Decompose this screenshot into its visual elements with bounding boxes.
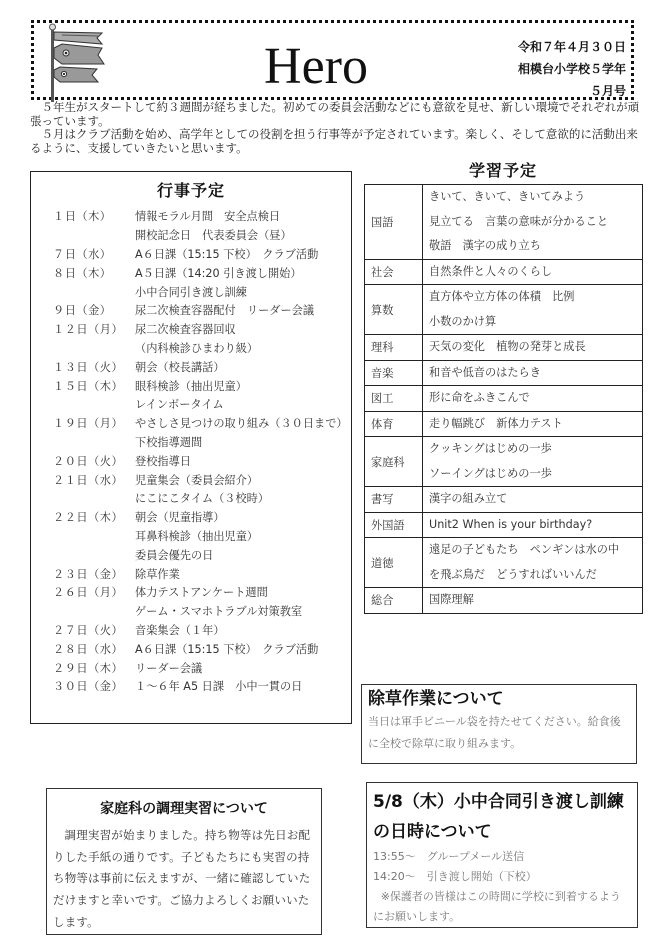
pickup-drill-title: 5/8（木）小中合同引き渡し訓練の日時について: [373, 787, 631, 847]
event-text: A６日課（15:15 下校） クラブ活動: [135, 641, 349, 657]
school-name: 相模台小学校５学年: [518, 58, 626, 80]
event-row: （内科検診ひまわり級）: [53, 339, 349, 358]
event-text: レインボータイム: [135, 396, 349, 412]
study-content: 走り幅跳び 新体力テスト: [423, 411, 643, 437]
event-row: ２７日（火）音楽集会（１年）: [53, 621, 349, 640]
study-subject: 総合: [365, 588, 423, 614]
study-content: 遠足の子どもたち ペンギンは水の中を飛ぶ鳥だ どうすればいいんだ: [423, 538, 643, 588]
event-text: 尿二次検査容器回収: [135, 321, 349, 337]
study-subject: 外国語: [365, 512, 423, 538]
event-row: １５日（木）眼科検診（抽出児童）: [53, 376, 349, 395]
event-row: 下校指導週間: [53, 433, 349, 452]
study-row: 算数直方体や立方体の体積 比例小数のかけ算: [365, 285, 643, 335]
event-text: 除草作業: [135, 566, 349, 582]
event-date: ２６日（月）: [53, 584, 135, 600]
study-title: 学習予定: [364, 158, 642, 181]
event-row: ２０日（火）登校指導日: [53, 451, 349, 470]
event-row: １２日（月）尿二次検査容器回収: [53, 320, 349, 339]
home-ec-notice: 家庭科の調理実習について 調理実習が始まりました。持ち物等は先日お配りした手紙の…: [46, 788, 322, 935]
pickup-drill-notice: 5/8（木）小中合同引き渡し訓練の日時について 13:55～ グループメール送信…: [366, 782, 638, 928]
study-content-line: 漢字の組み立て: [429, 487, 636, 512]
event-row: 委員会優先の日: [53, 545, 349, 564]
study-subject: 道徳: [365, 538, 423, 588]
study-row: 道徳遠足の子どもたち ペンギンは水の中を飛ぶ鳥だ どうすればいいんだ: [365, 538, 643, 588]
weeding-title: 除草作業について: [368, 687, 630, 711]
study-row: 国語きいて、きいて、きいてみよう見立てる 言葉の意味が分かること敬語 漢字の成り…: [365, 185, 643, 260]
event-text: ゲーム・スマホトラブル対策教室: [135, 603, 349, 619]
event-row: 小中合同引き渡し訓練: [53, 282, 349, 301]
events-title: 行事予定: [31, 178, 351, 201]
event-text: 児童集会（委員会紹介）: [135, 472, 349, 488]
study-content-line: Unit2 When is your birthday?: [429, 513, 636, 538]
event-date: ２０日（火）: [53, 453, 135, 469]
study-content: 直方体や立方体の体積 比例小数のかけ算: [423, 285, 643, 335]
event-row: にこにこタイム（３校時）: [53, 489, 349, 508]
study-content-line: きいて、きいて、きいてみよう: [429, 185, 636, 210]
study-subject: 社会: [365, 259, 423, 285]
event-row: ８日（木）A５日課（14:20 引き渡し開始）: [53, 263, 349, 282]
event-date: ２１日（水）: [53, 472, 135, 488]
study-content-line: ソーイングはじめの一歩: [429, 462, 636, 487]
event-row: １３日（火）朝会（校長講話）: [53, 357, 349, 376]
study-content-line: クッキングはじめの一歩: [429, 437, 636, 462]
event-date: １５日（木）: [53, 378, 135, 394]
study-subject: 図工: [365, 386, 423, 412]
event-row: レインボータイム: [53, 395, 349, 414]
event-text: 朝会（児童指導）: [135, 509, 349, 525]
event-row: ９日（金）尿二次検査容器配付 リーダー会議: [53, 301, 349, 320]
weeding-body: 当日は軍手ビニール袋を持たせてください。給食後に全校で除草に取り組みます。: [368, 711, 630, 755]
home-ec-body: 調理実習が始まりました。持ち物等は先日お配りした手紙の通りです。子どもたちにも実…: [53, 825, 315, 934]
event-row: ２８日（水）A６日課（15:15 下校） クラブ活動: [53, 639, 349, 658]
event-row: ３０日（金）１～６年 A5 日課 小中一貫の日: [53, 677, 349, 696]
study-content-line: 国際理解: [429, 588, 636, 613]
study-row: 外国語Unit2 When is your birthday?: [365, 512, 643, 538]
study-row: 音楽和音や低音のはたらき: [365, 360, 643, 386]
event-row: １９日（月）やさしさ見つけの取り組み（３０日まで）: [53, 414, 349, 433]
event-date: ２９日（木）: [53, 660, 135, 676]
study-content-line: 走り幅跳び 新体力テスト: [429, 412, 636, 437]
issue-number: ５月号: [518, 80, 626, 102]
home-ec-title: 家庭科の調理実習について: [53, 795, 315, 823]
event-text: 朝会（校長講話）: [135, 359, 349, 375]
study-content: 国際理解: [423, 588, 643, 614]
study-content: 漢字の組み立て: [423, 487, 643, 513]
study-content-line: 和音や低音のはたらき: [429, 361, 636, 386]
drill-schedule-row: 13:55～ グループメール送信: [373, 847, 631, 867]
study-content: 天気の変化 植物の発芽と成長: [423, 335, 643, 361]
study-row: 体育走り幅跳び 新体力テスト: [365, 411, 643, 437]
event-date: １２日（月）: [53, 321, 135, 337]
study-row: 書写漢字の組み立て: [365, 487, 643, 513]
study-row: 社会自然条件と人々のくらし: [365, 259, 643, 285]
study-table: 国語きいて、きいて、きいてみよう見立てる 言葉の意味が分かること敬語 漢字の成り…: [364, 184, 643, 614]
event-date: ２７日（火）: [53, 622, 135, 638]
event-row: ゲーム・スマホトラブル対策教室: [53, 602, 349, 621]
weeding-notice: 除草作業について 当日は軍手ビニール袋を持たせてください。給食後に全校で除草に取…: [361, 684, 637, 764]
event-row: １日（木）情報モラル月間 安全点検日: [53, 207, 349, 226]
study-row: 図工形に命をふきこんで: [365, 386, 643, 412]
event-row: 耳鼻科検診（抽出児童）: [53, 527, 349, 546]
study-row: 総合国際理解: [365, 588, 643, 614]
event-date: ８日（木）: [53, 265, 135, 281]
study-content-line: 小数のかけ算: [429, 310, 636, 335]
event-date: ２３日（金）: [53, 566, 135, 582]
study-content: 和音や低音のはたらき: [423, 360, 643, 386]
study-content-line: 敬語 漢字の成り立ち: [429, 234, 636, 259]
study-content: Unit2 When is your birthday?: [423, 512, 643, 538]
drill-time: 14:20～: [373, 870, 416, 883]
issue-date: 令和７年４月３０日: [518, 36, 626, 58]
study-subject: 算数: [365, 285, 423, 335]
event-text: （内科検診ひまわり級）: [135, 340, 349, 356]
header-meta: 令和７年４月３０日 相模台小学校５学年 ５月号: [518, 36, 626, 102]
events-section: 行事予定 １日（木）情報モラル月間 安全点検日開校記念日 代表委員会（昼）７日（…: [30, 171, 352, 724]
event-text: やさしさ見つけの取り組み（３０日まで）: [135, 415, 349, 431]
event-text: A６日課（15:15 下校） クラブ活動: [135, 246, 349, 262]
study-content: クッキングはじめの一歩ソーイングはじめの一歩: [423, 437, 643, 487]
intro-text: ５年生がスタートして約３週間が経ちました。初めての委員会活動などにも意欲を見せ、…: [30, 101, 642, 155]
study-content-line: 遠足の子どもたち ペンギンは水の中: [429, 538, 636, 563]
event-text: A５日課（14:20 引き渡し開始）: [135, 265, 349, 281]
study-content-line: 直方体や立方体の体積 比例: [429, 285, 636, 310]
event-date: ７日（水）: [53, 246, 135, 262]
study-content: 自然条件と人々のくらし: [423, 259, 643, 285]
study-subject: 音楽: [365, 360, 423, 386]
event-text: リーダー会議: [135, 660, 349, 676]
event-text: １～６年 A5 日課 小中一貫の日: [135, 678, 349, 694]
event-text: 眼科検診（抽出児童）: [135, 378, 349, 394]
event-text: 登校指導日: [135, 453, 349, 469]
event-text: 委員会優先の日: [135, 547, 349, 563]
intro-paragraph: ５月はクラブ活動を始め、高学年としての役割を担う行事等が予定されています。楽しく…: [30, 128, 642, 155]
study-subject: 理科: [365, 335, 423, 361]
event-date: ２２日（木）: [53, 509, 135, 525]
event-text: 下校指導週間: [135, 434, 349, 450]
event-text: 小中合同引き渡し訓練: [135, 284, 349, 300]
event-text: 耳鼻科検診（抽出児童）: [135, 528, 349, 544]
event-text: にこにこタイム（３校時）: [135, 490, 349, 506]
event-row: ７日（水）A６日課（15:15 下校） クラブ活動: [53, 245, 349, 264]
event-list: １日（木）情報モラル月間 安全点検日開校記念日 代表委員会（昼）７日（水）A６日…: [53, 207, 349, 696]
study-content-line: 形に命をふきこんで: [429, 386, 636, 411]
newsletter-title-text: Hero: [264, 38, 368, 95]
drill-step: 引き渡し開始（下校）: [427, 870, 537, 883]
event-date: １日（木）: [53, 208, 135, 224]
drill-time: 13:55～: [373, 850, 416, 863]
study-content: 形に命をふきこんで: [423, 386, 643, 412]
event-date: １３日（火）: [53, 359, 135, 375]
event-text: 尿二次検査容器配付 リーダー会議: [135, 302, 349, 318]
study-subject: 書写: [365, 487, 423, 513]
drill-step: グループメール送信: [427, 850, 524, 863]
drill-note: ※保護者の皆様はこの時間に学校に到着するようにお願いします。: [373, 887, 631, 927]
intro-paragraph: ５年生がスタートして約３週間が経ちました。初めての委員会活動などにも意欲を見せ、…: [30, 101, 642, 128]
event-text: 開校記念日 代表委員会（昼）: [135, 227, 349, 243]
study-content-line: を飛ぶ鳥だ どうすればいいんだ: [429, 563, 636, 588]
event-text: 音楽集会（１年）: [135, 622, 349, 638]
event-text: 情報モラル月間 安全点検日: [135, 208, 349, 224]
event-date: ２８日（水）: [53, 641, 135, 657]
event-row: ２１日（水）児童集会（委員会紹介）: [53, 470, 349, 489]
study-content-line: 自然条件と人々のくらし: [429, 260, 636, 285]
event-text: 体力テストアンケート週間: [135, 584, 349, 600]
event-row: ２３日（金）除草作業: [53, 564, 349, 583]
event-row: ２６日（月）体力テストアンケート週間: [53, 583, 349, 602]
study-content: きいて、きいて、きいてみよう見立てる 言葉の意味が分かること敬語 漢字の成り立ち: [423, 185, 643, 260]
study-row: 理科天気の変化 植物の発芽と成長: [365, 335, 643, 361]
study-content-line: 天気の変化 植物の発芽と成長: [429, 335, 636, 360]
study-subject: 体育: [365, 411, 423, 437]
event-date: １９日（月）: [53, 415, 135, 431]
drill-schedule-row: 14:20～ 引き渡し開始（下校）: [373, 867, 631, 887]
event-row: ２９日（木）リーダー会議: [53, 658, 349, 677]
study-subject: 家庭科: [365, 437, 423, 487]
study-subject: 国語: [365, 185, 423, 260]
study-row: 家庭科クッキングはじめの一歩ソーイングはじめの一歩: [365, 437, 643, 487]
event-row: ２２日（木）朝会（児童指導）: [53, 508, 349, 527]
event-date: ９日（金）: [53, 302, 135, 318]
event-date: ３０日（金）: [53, 678, 135, 694]
study-content-line: 見立てる 言葉の意味が分かること: [429, 210, 636, 235]
event-row: 開校記念日 代表委員会（昼）: [53, 226, 349, 245]
